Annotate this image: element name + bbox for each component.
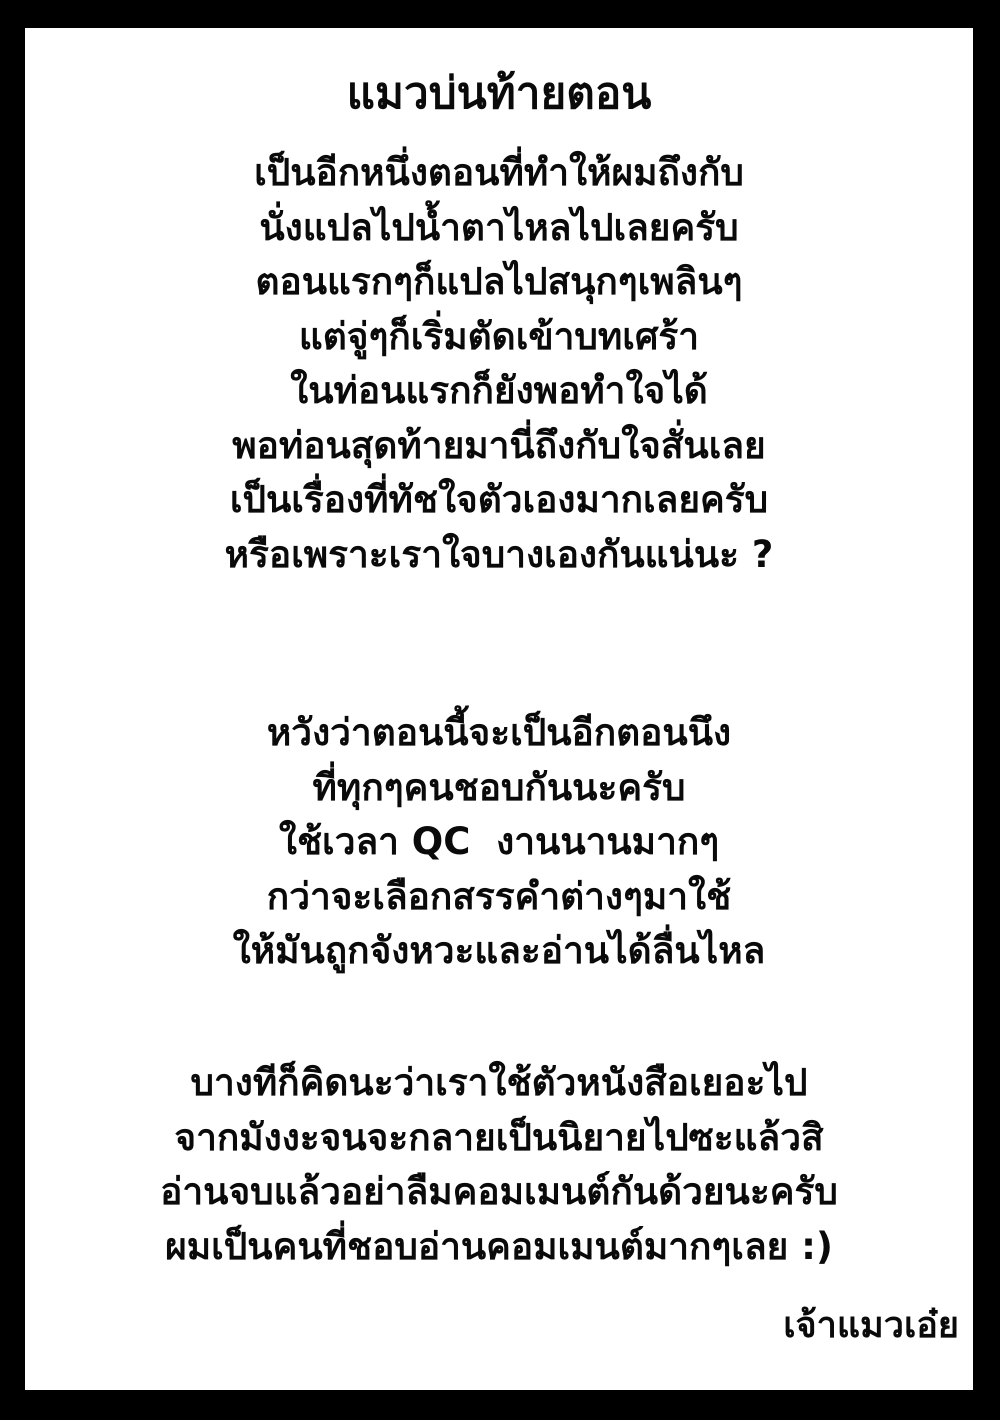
- note-title: แมวบ่นท้ายตอน: [25, 64, 973, 124]
- text-line: แต่จู่ๆก็เริ่มตัดเข้าบทเศร้า: [25, 310, 973, 365]
- text-line: ใช้เวลา QC งานนานมากๆ: [25, 815, 973, 870]
- text-line: ในท่อนแรกก็ยังพอทำใจได้: [25, 364, 973, 419]
- text-line: อ่านจบแล้วอย่าลืมคอมเมนต์กันด้วยนะครับ: [25, 1165, 973, 1220]
- text-line: ให้มันถูกจังหวะและอ่านได้ลื่นไหล: [25, 924, 973, 979]
- text-line: หรือเพราะเราใจบางเองกันแน่นะ ?: [25, 528, 973, 583]
- text-line: บางทีก็คิดนะว่าเราใช้ตัวหนังสือเยอะไป: [25, 1056, 973, 1111]
- text-line: ผมเป็นคนที่ชอบอ่านคอมเมนต์มากๆเลย :): [25, 1220, 973, 1275]
- text-line: ที่ทุกๆคนชอบกันนะครับ: [25, 761, 973, 816]
- text-line: เป็นเรื่องที่ทัชใจตัวเองมากเลยครับ: [25, 473, 973, 528]
- text-line: นั่งแปลไปน้ำตาไหลไปเลยครับ: [25, 201, 973, 256]
- note-page: แมวบ่นท้ายตอน เป็นอีกหนึ่งตอนที่ทำให้ผมถ…: [25, 28, 973, 1390]
- text-line: ตอนแรกๆก็แปลไปสนุกๆเพลินๆ: [25, 255, 973, 310]
- paragraph-2: หวังว่าตอนนี้จะเป็นอีกตอนนึง ที่ทุกๆคนชอ…: [25, 706, 973, 979]
- signature: เจ้าแมวเอ๋ย: [783, 1300, 959, 1352]
- text-line: พอท่อนสุดท้ายมานี่ถึงกับใจสั่นเลย: [25, 419, 973, 474]
- text-line: จากมังงะจนจะกลายเป็นนิยายไปซะแล้วสิ: [25, 1111, 973, 1166]
- paragraph-3: บางทีก็คิดนะว่าเราใช้ตัวหนังสือเยอะไป จา…: [25, 1056, 973, 1274]
- text-line: เป็นอีกหนึ่งตอนที่ทำให้ผมถึงกับ: [25, 146, 973, 201]
- text-line: กว่าจะเลือกสรรคำต่างๆมาใช้: [25, 870, 973, 925]
- paragraph-1: เป็นอีกหนึ่งตอนที่ทำให้ผมถึงกับ นั่งแปลไ…: [25, 146, 973, 582]
- text-line: หวังว่าตอนนี้จะเป็นอีกตอนนึง: [25, 706, 973, 761]
